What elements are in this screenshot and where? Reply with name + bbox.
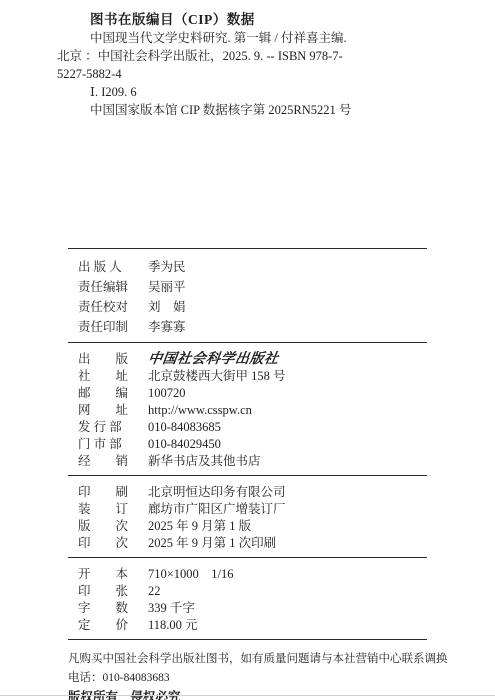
printing-block: 印 刷 北京明恒达印务有限公司 装 订 廊坊市广阳区广增装订厂 版 次 2025…	[68, 476, 427, 557]
pub-row-publisher: 出 版 中国社会科学出版社	[78, 351, 427, 368]
row-value: 710×1000 1/16	[148, 566, 234, 583]
row-label: 网 址	[78, 402, 134, 419]
pub-row-postcode: 邮 编 100720	[78, 385, 427, 402]
row-label: 门 市 部	[78, 436, 134, 453]
publisher-logotype: 中国社会科学出版社	[147, 351, 280, 368]
cip-line-publisher-isbn: 北京 ：中国社会科学出版社，2025. 9. -- ISBN 978-7-	[57, 47, 455, 65]
spec-row-format: 开 本 710×1000 1/16	[78, 566, 427, 583]
cip-heading: 图书在版编目（CIP）数据	[57, 10, 455, 29]
spec-row-price: 定 价 118.00 元	[78, 617, 427, 634]
row-value: 2025 年 9 月第 1 版	[148, 518, 251, 535]
row-label: 定 价	[78, 617, 134, 634]
row-value: 010-84029450	[148, 436, 221, 453]
row-label: 装 订	[78, 501, 134, 518]
staff-row-print-supervisor: 责任印制 李寡寡	[78, 317, 427, 337]
cip-line-record-number: 中国国家版本馆 CIP 数据核字第 2025RN5221 号	[57, 101, 455, 119]
pub-row-seller: 经 销 新华书店及其他书店	[78, 453, 427, 470]
spec-row-sheets: 印 张 22	[78, 583, 427, 600]
service-phone: 电话：010-84083683	[68, 669, 465, 688]
row-value: 北京鼓楼西大街甲 158 号	[148, 368, 286, 385]
specs-block: 开 本 710×1000 1/16 印 张 22 字 数 339 千字 定 价 …	[68, 558, 427, 639]
quality-exchange-note: 凡购买中国社会科学出版社图书，如有质量问题请与本社营销中心联系调换	[68, 650, 465, 669]
spec-row-wordcount: 字 数 339 千字	[78, 600, 427, 617]
row-label: 印 刷	[78, 484, 134, 501]
row-label: 经 销	[78, 453, 134, 470]
row-value: 22	[148, 583, 161, 600]
copyright-notice: 版权所有 侵权必究	[68, 688, 465, 700]
row-value: 季为民	[148, 257, 186, 277]
row-label: 发 行 部	[78, 419, 134, 436]
cip-block: 图书在版编目（CIP）数据 中国现当代文学史料研究. 第一辑 / 付祥喜主编. …	[0, 0, 495, 119]
staff-row-editor: 责任编辑 吴丽平	[78, 277, 427, 297]
row-label: 印 次	[78, 535, 134, 552]
row-value: 廊坊市广阳区广增装订厂	[148, 501, 286, 518]
row-label: 社 址	[78, 368, 134, 385]
staff-row-proofreader: 责任校对 刘 娟	[78, 297, 427, 317]
pub-row-website: 网 址 http://www.csspw.cn	[78, 402, 427, 419]
colophon: 出 版 人 季为民 责任编辑 吴丽平 责任校对 刘 娟 责任印制 李寡寡 出 版…	[68, 248, 427, 640]
row-value: 010-84083685	[148, 419, 221, 436]
staff-row-publisher-person: 出 版 人 季为民	[78, 257, 427, 277]
pub-row-distribution-dept: 发 行 部 010-84083685	[78, 419, 427, 436]
row-value: 100720	[148, 385, 186, 402]
website-url: http://www.csspw.cn	[148, 402, 252, 419]
publishing-block: 出 版 中国社会科学出版社 社 址 北京鼓楼西大街甲 158 号 邮 编 100…	[68, 343, 427, 475]
page-bottom-edge	[0, 695, 495, 696]
row-label: 字 数	[78, 600, 134, 617]
cip-line-isbn-cont: 5227-5882-4	[57, 65, 455, 83]
row-label: 邮 编	[78, 385, 134, 402]
copyright-page: 图书在版编目（CIP）数据 中国现当代文学史料研究. 第一辑 / 付祥喜主编. …	[0, 0, 495, 700]
cip-line-classification: Ⅰ. I209. 6	[57, 83, 455, 101]
pub-row-address: 社 址 北京鼓楼西大街甲 158 号	[78, 368, 427, 385]
row-label: 印 张	[78, 583, 134, 600]
row-label: 开 本	[78, 566, 134, 583]
row-value: 339 千字	[148, 600, 195, 617]
print-row-impression: 印 次 2025 年 9 月第 1 次印刷	[78, 535, 427, 552]
cip-line-title: 中国现当代文学史料研究. 第一辑 / 付祥喜主编.	[57, 29, 455, 47]
row-value: 2025 年 9 月第 1 次印刷	[148, 535, 276, 552]
row-label: 责任印制	[78, 317, 134, 337]
print-row-printer: 印 刷 北京明恒达印务有限公司	[78, 484, 427, 501]
divider	[68, 639, 427, 640]
row-value: 李寡寡	[148, 317, 186, 337]
row-label: 责任校对	[78, 297, 134, 317]
row-label: 出 版 人	[78, 257, 134, 277]
notes-block: 凡购买中国社会科学出版社图书，如有质量问题请与本社营销中心联系调换 电话：010…	[68, 650, 465, 700]
pub-row-retail-dept: 门 市 部 010-84029450	[78, 436, 427, 453]
print-row-binder: 装 订 廊坊市广阳区广增装订厂	[78, 501, 427, 518]
row-label: 责任编辑	[78, 277, 134, 297]
row-value: 吴丽平	[148, 277, 186, 297]
print-row-edition: 版 次 2025 年 9 月第 1 版	[78, 518, 427, 535]
row-label: 版 次	[78, 518, 134, 535]
row-value: 北京明恒达印务有限公司	[148, 484, 286, 501]
row-value: 118.00 元	[148, 617, 198, 634]
row-value: 新华书店及其他书店	[148, 453, 261, 470]
row-label: 出 版	[78, 351, 134, 368]
staff-block: 出 版 人 季为民 责任编辑 吴丽平 责任校对 刘 娟 责任印制 李寡寡	[68, 249, 427, 342]
row-value: 刘 娟	[148, 297, 186, 317]
